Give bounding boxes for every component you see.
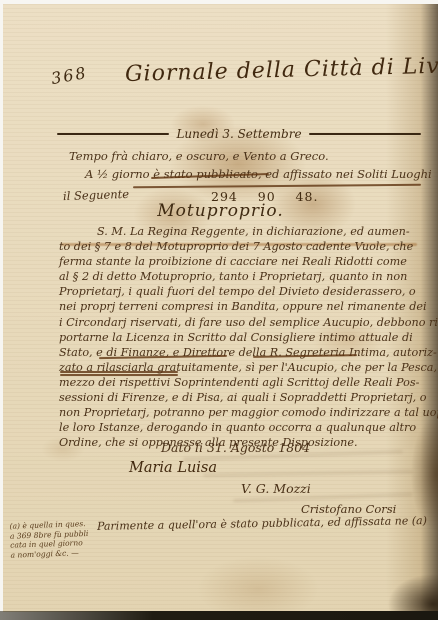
footer-line: Parimente a quell'ora è stato pubblicata… xyxy=(97,514,427,533)
margin-note: (a) è quella in ques. a 369 8bre fù pubb… xyxy=(9,518,108,560)
body-line: portarne la Licenza in Scritto dal Consi… xyxy=(59,330,423,345)
signature-mozzi: V. G. Mozzi xyxy=(241,481,311,496)
show-through xyxy=(203,470,413,477)
body-line: Proprietarj, i quali fuori del tempo del… xyxy=(59,284,423,299)
rule-left xyxy=(57,133,169,135)
body-line: S. M. La Regina Reggente, in dichiarazio… xyxy=(59,224,423,239)
underline-mark xyxy=(133,184,421,189)
body-line: le loro Istanze, derogando in quanto occ… xyxy=(59,420,423,435)
body-line: mezzo dei rispettivi Soprintendenti agli… xyxy=(59,375,423,390)
weather-line: Tempo frà chiaro, e oscuro, e Vento a Gr… xyxy=(69,149,329,163)
decree-heading: Motuproprio. xyxy=(3,201,438,221)
body-line: al § 2 di detto Motuproprio, tanto i Pro… xyxy=(59,269,423,284)
date-line: Lunedì 3. Settembre xyxy=(57,127,421,141)
body-line: nei proprj terreni compresi in Bandita, … xyxy=(59,299,423,314)
body-line: i Circondarj riservati, di fare uso del … xyxy=(59,315,423,330)
body-line: zato a rilasciarla gratuitamente, sì per… xyxy=(59,360,423,375)
manuscript-page: 368 Giornale della Città di Livorno Lune… xyxy=(3,4,438,612)
rule-right xyxy=(309,133,421,135)
body-line: ferma stante la proibizione di cacciare … xyxy=(59,254,423,269)
journal-title: Giornale della Città di Livorno xyxy=(125,54,431,87)
page-number: 368 xyxy=(50,63,89,88)
decree-dateline: Dato li 31. Agosto 1804 xyxy=(161,440,310,455)
underline-mark xyxy=(60,374,178,376)
body-line: to dei § 7 e 8 del Motuproprio dei 7 Ago… xyxy=(59,239,423,254)
scan-bottom-edge xyxy=(0,611,438,620)
date-text: Lunedì 3. Settembre xyxy=(176,127,301,141)
body-line: non Proprietarj, potranno per maggior co… xyxy=(59,405,423,420)
decree-body: S. M. La Regina Reggente, in dichiarazio… xyxy=(59,224,423,450)
underline-mark xyxy=(60,371,178,373)
body-line: sessioni di Firenze, e di Pisa, ai quali… xyxy=(59,390,423,405)
scanned-page: 368 Giornale della Città di Livorno Lune… xyxy=(0,0,438,620)
